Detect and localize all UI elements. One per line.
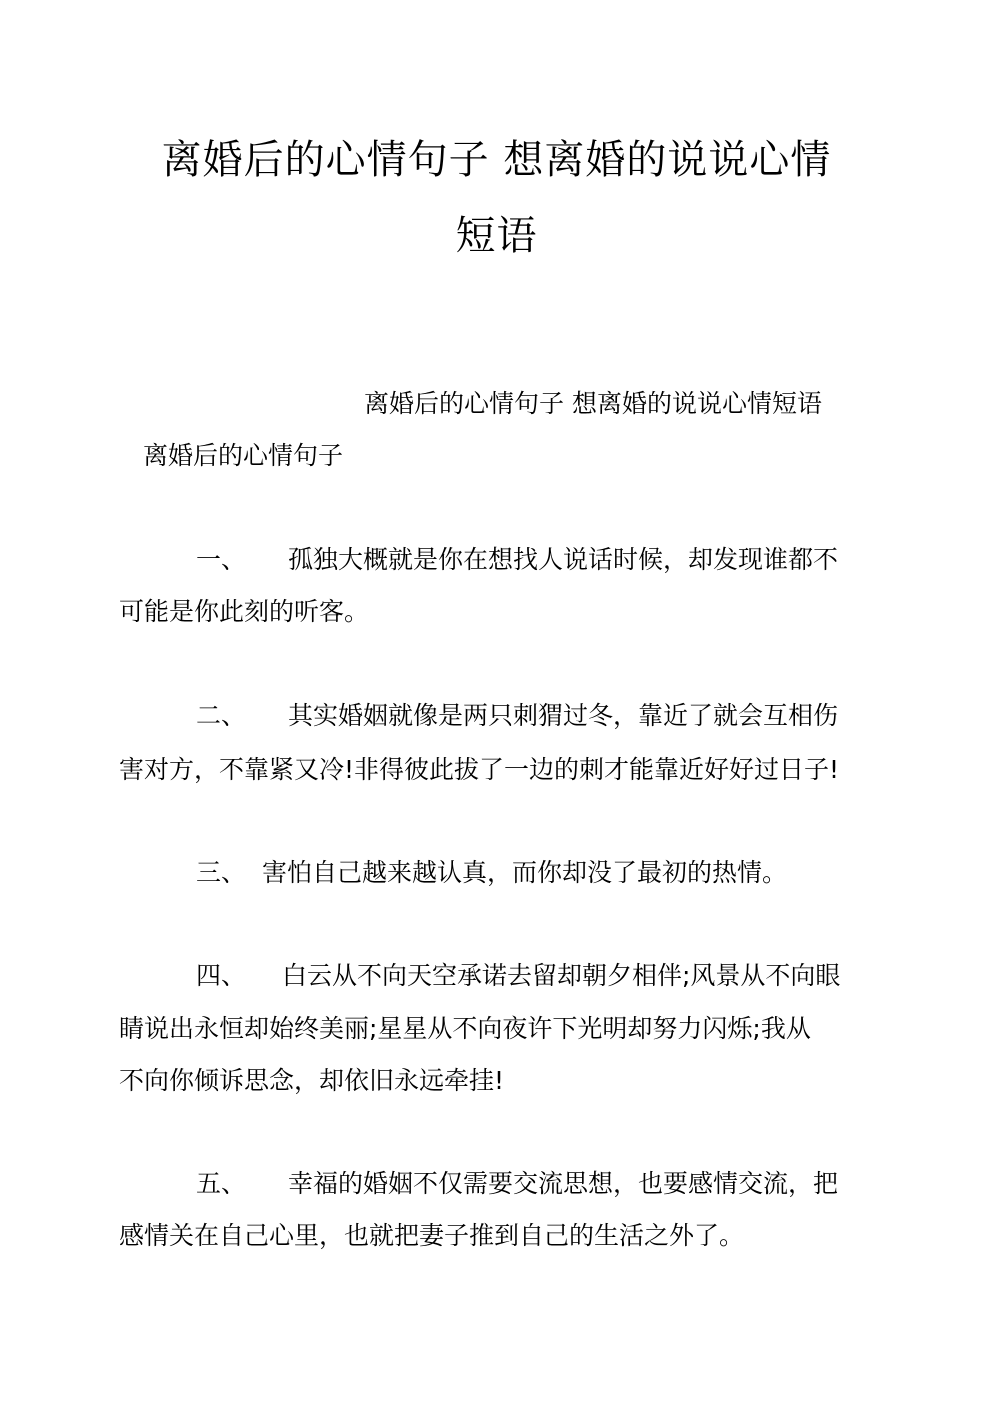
item-text-line: 睛说出永恒却始终美丽;星星从不向夜许下光明却努力闪烁;我从 [119, 1013, 811, 1045]
document-title-line-1: 离婚后的心情句子 想离婚的说说心情 [0, 136, 993, 184]
item-text-line: 害怕自己越来越认真，而你却没了最初的热情。 [262, 857, 787, 889]
item-number: 三、 [196, 857, 246, 889]
item-number: 一、 [196, 544, 246, 576]
item-number: 四、 [196, 960, 246, 992]
item-number: 二、 [196, 700, 246, 732]
item-text-line: 可能是你此刻的听客。 [119, 596, 369, 628]
item-text-line: 害对方，不靠紧又冷!非得彼此拔了一边的刺才能靠近好好过日子! [119, 754, 839, 786]
item-number: 五、 [196, 1168, 246, 1200]
item-text-line: 其实婚姻就像是两只刺猬过冬，靠近了就会互相伤 [288, 700, 838, 732]
item-text-line: 孤独大概就是你在想找人说话时候，却发现谁都不 [288, 544, 838, 576]
item-text-line: 感情关在自己心里，也就把妻子推到自己的生活之外了。 [119, 1220, 744, 1252]
document-title-line-2: 短语 [0, 212, 993, 260]
item-text-line: 幸福的婚姻不仅需要交流思想，也要感情交流，把 [288, 1168, 838, 1200]
item-text-line: 白云从不向天空承诺去留却朝夕相伴;风景从不向眼 [282, 960, 840, 992]
section-heading: 离婚后的心情句子 [143, 440, 343, 472]
document-page: 离婚后的心情句子 想离婚的说说心情 短语 离婚后的心情句子 想离婚的说说心情短语… [0, 0, 993, 1404]
item-text-line: 不向你倾诉思念，却依旧永远牵挂! [119, 1065, 504, 1097]
document-subtitle: 离婚后的心情句子 想离婚的说说心情短语 [364, 388, 822, 420]
